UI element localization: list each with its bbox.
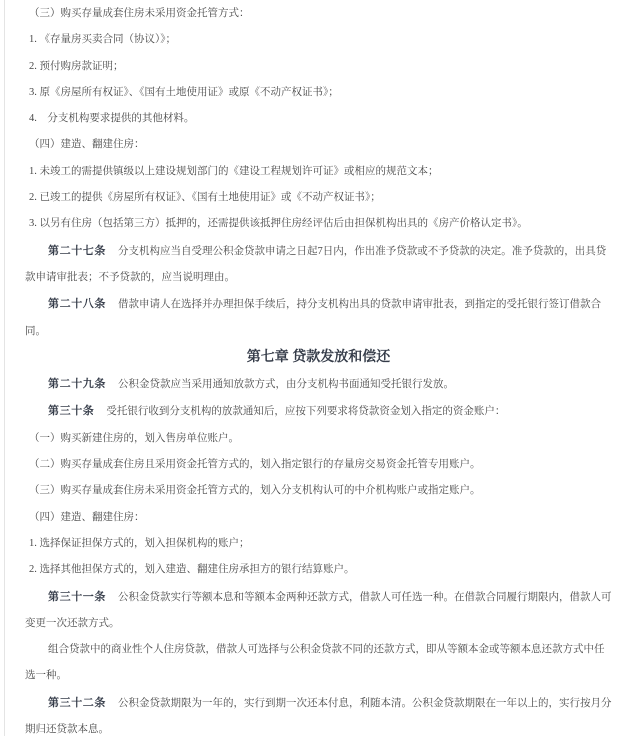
article-paragraph: 第二十七条分支机构应当自受理公积金贷款申请之日起7日内，作出准予贷款或不予贷款的… xyxy=(25,238,612,292)
list-item: 3. 原《房屋所有权证》、《国有土地使用证》或原《不动产权证书》； xyxy=(25,80,612,106)
list-item: 2. 选择其他担保方式的，划入建造、翻建住房承担方的银行结算账户。 xyxy=(25,557,612,583)
list-item: （二）购买存量成套住房且采用资金托管方式的，划入指定银行的存量房交易资金托管专用… xyxy=(25,452,612,478)
list-item: 1. 未竣工的需提供镇级以上建设规划部门的《建设工程规划许可证》或相应的规范文本… xyxy=(25,159,612,185)
article-text: 公积金贷款应当采用通知放款方式，由分支机构书面通知受托银行发放。 xyxy=(118,379,454,390)
list-item: （一）购买新建住房的，划入售房单位账户。 xyxy=(25,426,612,452)
chapter-heading: 第七章 贷款发放和偿还 xyxy=(25,345,612,371)
list-item: 1. 选择保证担保方式的，划入担保机构的账户； xyxy=(25,531,612,557)
page-left-border xyxy=(4,0,5,736)
list-item: （三）购买存量成套住房未采用资金托管方式： xyxy=(25,1,612,27)
document-body: （三）购买存量成套住房未采用资金托管方式： 1. 《存量房买卖合同（协议）》； … xyxy=(0,0,640,736)
article-number: 第三十条 xyxy=(48,405,94,417)
article-text: 借款申请人在选择并办理担保手续后，持分支机构出具的贷款申请审批表，到指定的受托银… xyxy=(25,299,601,336)
list-item: 3. 以另有住房（包括第三方）抵押的，还需提供该抵押住房经评估后由担保机构出具的… xyxy=(25,211,612,237)
article-text: 公积金贷款期限为一年的，实行到期一次还本付息，利随本清。公积金贷款期限在一年以上… xyxy=(25,698,612,735)
article-paragraph: 第三十条受托银行收到分支机构的放款通知后，应按下列要求将贷款资金划入指定的资金账… xyxy=(25,398,612,425)
article-number: 第二十七条 xyxy=(48,245,106,257)
list-item: （三）购买存量成套住房未采用资金托管方式的，划入分支机构认可的中介机构账户或指定… xyxy=(25,478,612,504)
article-text: 分支机构应当自受理公积金贷款申请之日起7日内，作出准予贷款或不予贷款的决定。准予… xyxy=(25,246,606,283)
list-item: 4. 分支机构要求提供的其他材料。 xyxy=(25,106,612,132)
article-paragraph: 第二十八条借款申请人在选择并办理担保手续后，持分支机构出具的贷款申请审批表，到指… xyxy=(25,291,612,345)
article-paragraph: 第三十一条公积金贷款实行等额本息和等额本金两种还款方式，借款人可任选一种。在借款… xyxy=(25,584,612,638)
article-number: 第二十八条 xyxy=(48,298,106,310)
list-item: （四）建造、翻建住房： xyxy=(25,132,612,158)
article-text: 受托银行收到分支机构的放款通知后，应按下列要求将贷款资金划入指定的资金账户： xyxy=(106,406,505,417)
list-item: （四）建造、翻建住房： xyxy=(25,505,612,531)
article-paragraph: 第二十九条公积金贷款应当采用通知放款方式，由分支机构书面通知受托银行发放。 xyxy=(25,371,612,398)
article-number: 第三十二条 xyxy=(48,697,106,709)
body-paragraph: 组合贷款中的商业性个人住房贷款，借款人可选择与公积金贷款不同的还款方式，即从等额… xyxy=(25,637,612,690)
list-item: 2. 已竣工的提供《房屋所有权证》、《国有土地使用证》或《不动产权证书》； xyxy=(25,185,612,211)
article-text: 公积金贷款实行等额本息和等额本金两种还款方式，借款人可任选一种。在借款合同履行期… xyxy=(25,592,612,629)
article-number: 第二十九条 xyxy=(48,378,106,390)
list-item: 1. 《存量房买卖合同（协议）》； xyxy=(25,27,612,53)
article-paragraph: 第三十二条公积金贷款期限为一年的，实行到期一次还本付息，利随本清。公积金贷款期限… xyxy=(25,690,612,736)
list-item: 2. 预付购房款证明； xyxy=(25,54,612,80)
article-number: 第三十一条 xyxy=(48,591,106,603)
